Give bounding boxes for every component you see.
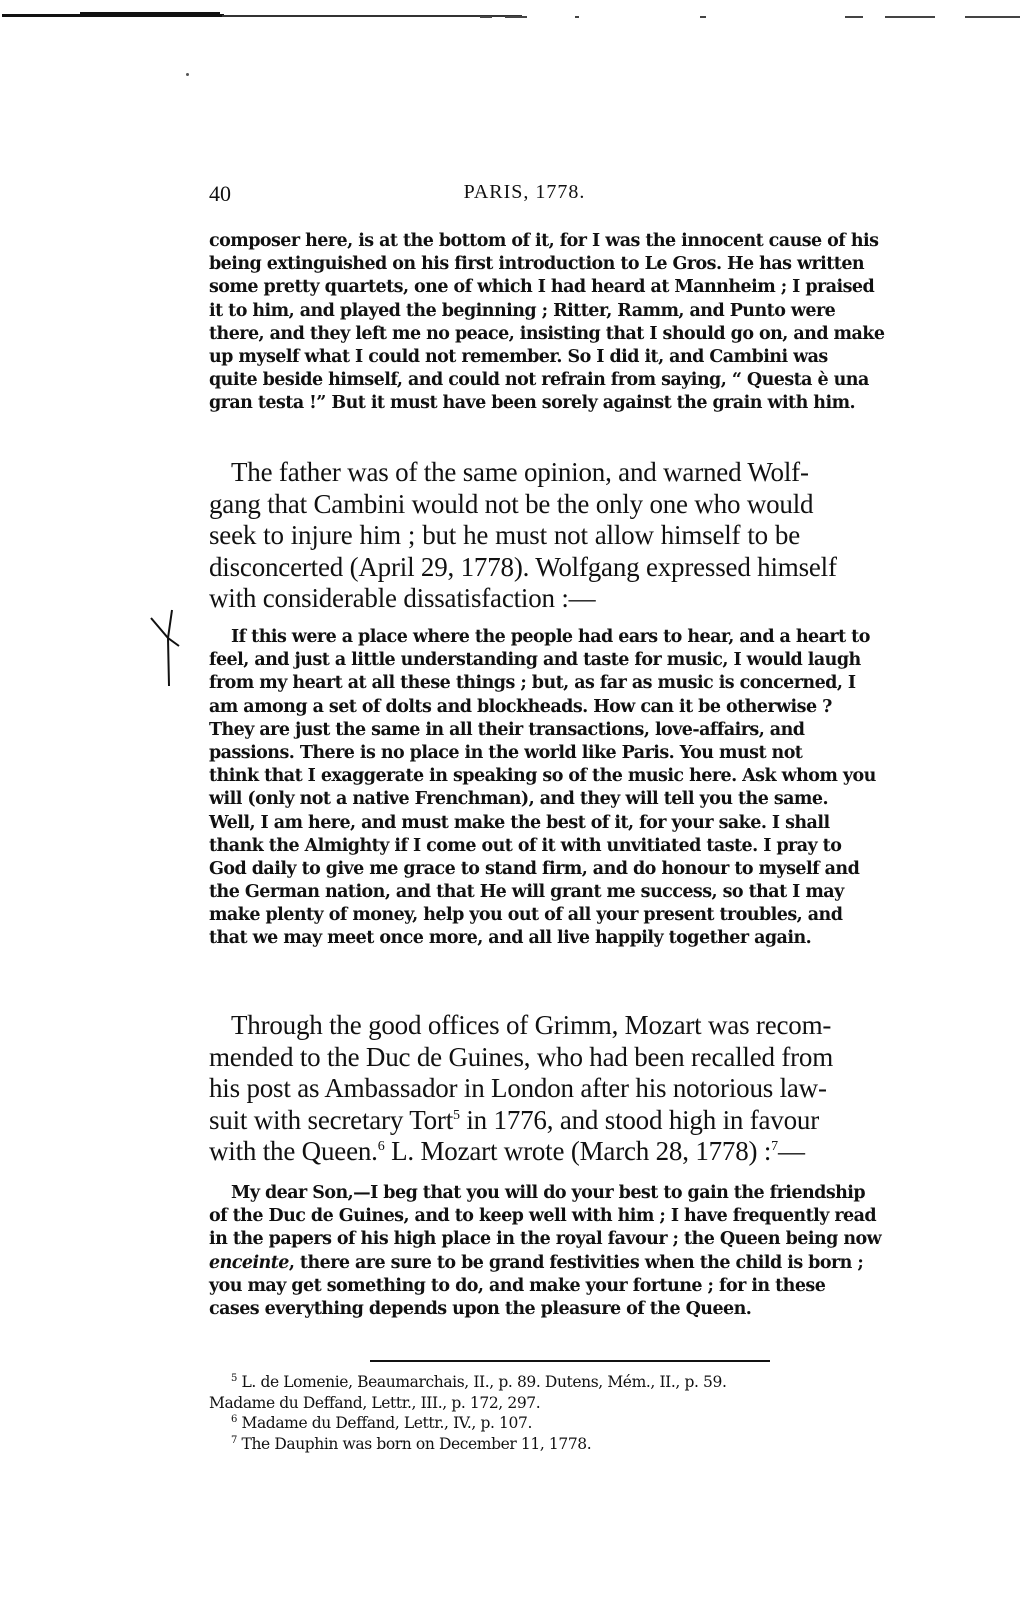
text-line: composer here, is at the bottom of it, f… [209,230,800,253]
text-line: being extinguished on his first introduc… [209,253,800,276]
footnotes: 5 L. de Lomenie, Beaumarchais, II., p. 8… [209,1372,800,1454]
text-line: passions. There is no place in the world… [209,742,800,765]
text-line: quite beside himself, and could not refr… [209,369,800,392]
text-line: of the Duc de Guines, and to keep well w… [209,1205,800,1228]
text-line: from my heart at all these things ; but,… [209,672,800,695]
text-line: feel, and just a little understanding an… [209,649,800,672]
footnote-7: 7 The Dauphin was born on December 11, 1… [209,1434,800,1455]
text-line: seek to injure him ; but he must not all… [209,520,800,552]
text-line: disconcerted (April 29, 1778). Wolfgang … [209,552,800,584]
text-line: that we may meet once more, and all live… [209,927,800,950]
footnote-ref-6[interactable]: 6 [378,1139,385,1154]
text-line: think that I exaggerate in speaking so o… [209,765,800,788]
narrative-duc-de-guines: Through the good offices of Grimm, Mozar… [209,1010,800,1168]
footnote-divider [370,1360,770,1362]
text-line: The father was of the same opinion, and … [209,457,800,489]
footnote-text: Madame du Deffand, Lettr., IV., p. 107. [242,1414,532,1432]
footnote-marker: 5 [231,1373,237,1384]
text-line: My dear Son,—I beg that you will do your… [209,1182,800,1205]
text-line: suit with secretary Tort5 in 1776, and s… [209,1105,800,1137]
text-line: mended to the Duc de Guines, who had bee… [209,1042,800,1074]
text-line: enceinte, there are sure to be grand fes… [209,1252,800,1275]
letter-excerpt-my-dear-son: My dear Son,—I beg that you will do your… [209,1182,800,1321]
page-header: 40 PARIS, 1778. [209,181,800,211]
text-line: in the papers of his high place in the r… [209,1228,800,1251]
narrative-father-opinion: The father was of the same opinion, and … [209,457,800,615]
text-line: They are just the same in all their tran… [209,719,800,742]
text-line: with the Queen.6 L. Mozart wrote (March … [209,1136,800,1168]
text-line: you may get something to do, and make yo… [209,1275,800,1298]
text-line: thank the Almighty if I come out of it w… [209,835,800,858]
footnote-5-continuation: Madame du Deffand, Lettr., III., p. 172,… [209,1393,800,1414]
text-line: some pretty quartets, one of which I had… [209,276,800,299]
footnote-6: 6 Madame du Deffand, Lettr., IV., p. 107… [209,1413,800,1434]
text-line: it to him, and played the beginning ; Ri… [209,300,800,323]
handwritten-margin-mark-icon [148,608,198,688]
text-line: will (only not a native Frenchman), and … [209,788,800,811]
text-line: up myself what I could not remember. So … [209,346,800,369]
text-line: the German nation, and that He will gran… [209,881,800,904]
footnote-ref-7[interactable]: 7 [771,1139,778,1154]
footnote-marker: 6 [231,1414,237,1425]
text-line: If this were a place where the people ha… [209,626,800,649]
text-line: gang that Cambini would not be the only … [209,489,800,521]
text-line: Well, I am here, and must make the best … [209,812,800,835]
letter-excerpt-paris: If this were a place where the people ha… [209,626,800,951]
text-line: Through the good offices of Grimm, Mozar… [209,1010,800,1042]
footnote-text: L. de Lomenie, Beaumarchais, II., p. 89.… [242,1373,727,1391]
footnote-ref-5[interactable]: 5 [453,1108,460,1123]
text-line: am among a set of dolts and blockheads. … [209,696,800,719]
footnote-text: The Dauphin was born on December 11, 177… [242,1435,592,1453]
text-line: cases everything depends upon the pleasu… [209,1298,800,1321]
text-line: his post as Ambassador in London after h… [209,1073,800,1105]
footnote-5: 5 L. de Lomenie, Beaumarchais, II., p. 8… [209,1372,800,1393]
footnote-marker: 7 [231,1434,237,1445]
text-line: with considerable dissatisfaction :— [209,583,800,615]
running-head-text: PARIS, 1778. [424,181,586,203]
scan-artifact-top-edge [0,8,1034,20]
text-line: make plenty of money, help you out of al… [209,904,800,927]
text-line: God daily to give me grace to stand firm… [209,858,800,881]
scan-speck [186,73,189,76]
text-line: there, and they left me no peace, insist… [209,323,800,346]
text-line: gran testa !” But it must have been sore… [209,392,800,415]
italic-word: enceinte [209,1253,289,1273]
running-head: PARIS, 1778. [209,181,800,204]
letter-excerpt-cambini: composer here, is at the bottom of it, f… [209,230,800,416]
